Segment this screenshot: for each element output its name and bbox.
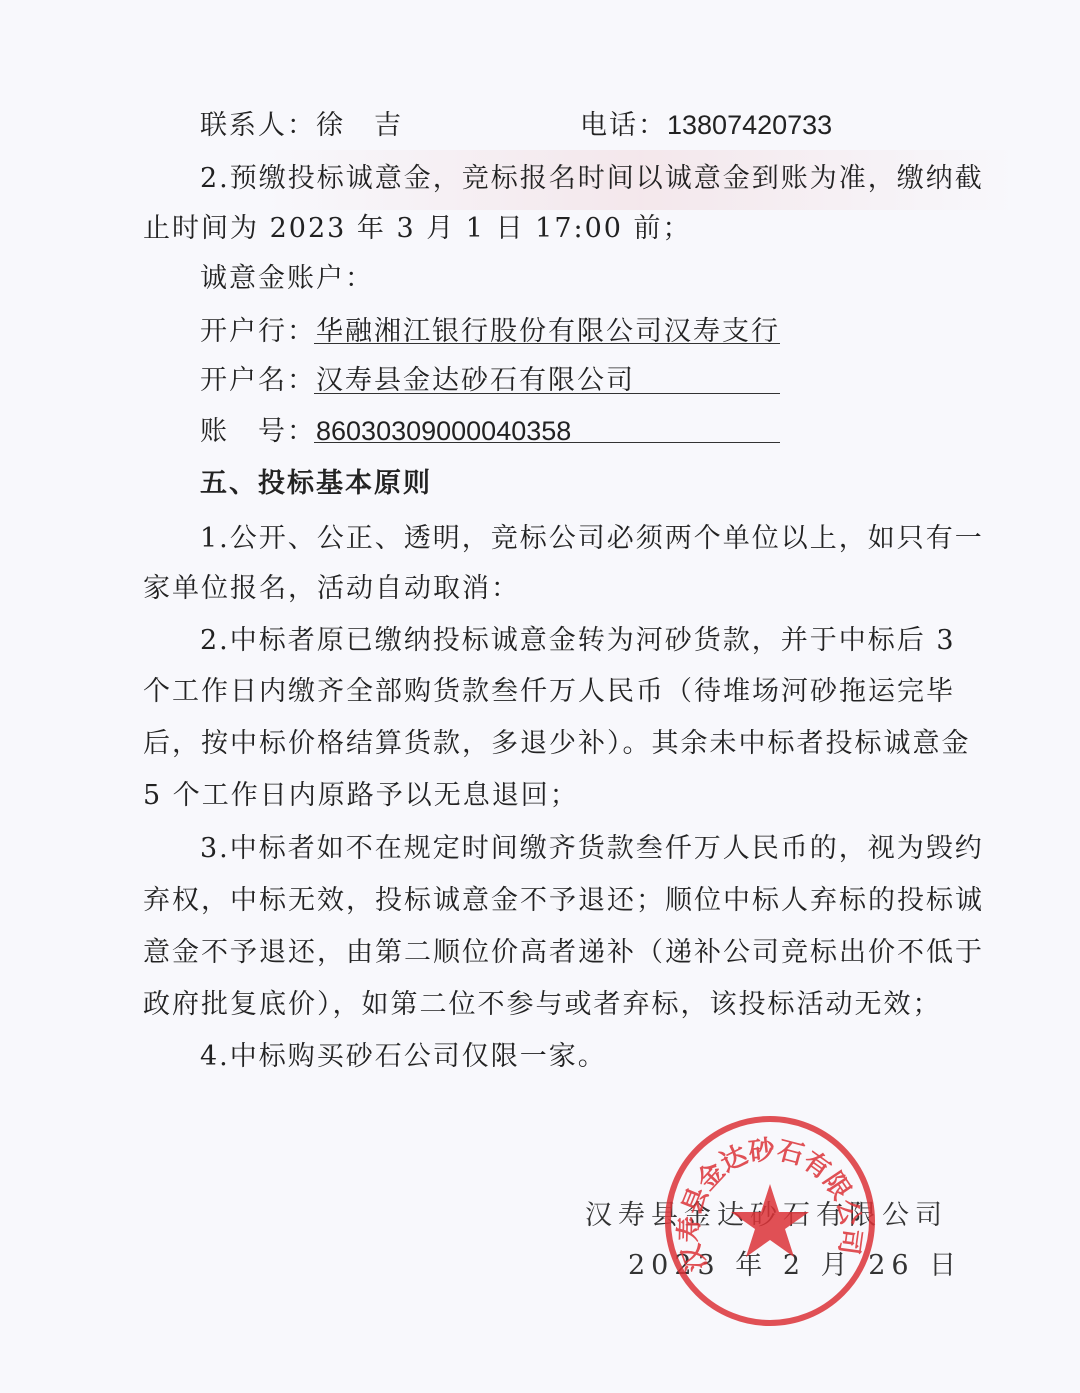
account-name-label: 开户名：	[200, 365, 316, 396]
p3-line2: 弃权，中标无效，投标诚意金不予退还；顺位中标人弃标的投标诚	[143, 887, 984, 914]
bank-row: 开户行：华融湘江银行股份有限公司汉寿支行	[200, 318, 780, 345]
p1-line2: 家单位报名，活动自动取消：	[143, 575, 520, 602]
p3-line3: 意金不予退还，由第二顺位价高者递补（递补公司竞标出价不低于	[143, 939, 984, 966]
section5-heading: 五、投标基本原则	[200, 470, 432, 497]
p1-line1: 1.公开、公正、透明，竞标公司必须两个单位以上，如只有一	[200, 525, 984, 552]
p2-line1: 2.中标者原已缴纳投标诚意金转为河砂货款，并于中标后 3	[200, 627, 956, 654]
phone-number: 13807420733	[667, 110, 832, 140]
account-number-underline	[314, 442, 780, 443]
p2-line4: 5 个工作日内原路予以无息退回；	[143, 782, 579, 809]
p3-line1: 3.中标者如不在规定时间缴齐货款叁仟万人民币的，视为毁约	[200, 835, 984, 862]
contact-person: 联系人：徐 吉	[200, 112, 403, 139]
bank-underline	[314, 343, 780, 344]
p4-line1: 4.中标购买砂石公司仅限一家。	[200, 1043, 607, 1070]
seal-star-icon: 汉寿县金达砂石有限公司	[671, 1122, 869, 1320]
contact-phone: 电话：13807420733	[580, 112, 832, 139]
p2-line2: 个工作日内缴齐全部购货款叁仟万人民币（待堆场河砂拖运完毕	[143, 678, 955, 705]
item2-line1: 2.预缴投标诚意金，竞标报名时间以诚意金到账为准，缴纳截	[200, 165, 984, 192]
item2-line2: 止时间为 2023 年 3 月 1 日 17:00 前；	[143, 215, 692, 242]
account-name-row: 开户名：汉寿县金达砂石有限公司	[200, 367, 635, 394]
account-name-value: 汉寿县金达砂石有限公司	[316, 365, 635, 396]
p3-line4: 政府批复底价），如第二位不参与或者弃标，该投标活动无效；	[143, 991, 942, 1018]
account-number-row: 账 号：86030309000040358	[200, 418, 571, 445]
account-title: 诚意金账户：	[200, 265, 374, 292]
account-number-label: 账 号：	[200, 416, 316, 447]
company-seal: 汉寿县金达砂石有限公司	[665, 1116, 875, 1326]
phone-label: 电话：	[580, 110, 667, 141]
p2-line3: 后，按中标价格结算货款，多退少补）。其余未中标者投标诚意金	[143, 730, 971, 757]
account-name-underline	[314, 393, 780, 394]
document-page: 联系人：徐 吉 电话：13807420733 2.预缴投标诚意金，竞标报名时间以…	[0, 0, 1080, 1393]
bank-label: 开户行：	[200, 316, 316, 347]
